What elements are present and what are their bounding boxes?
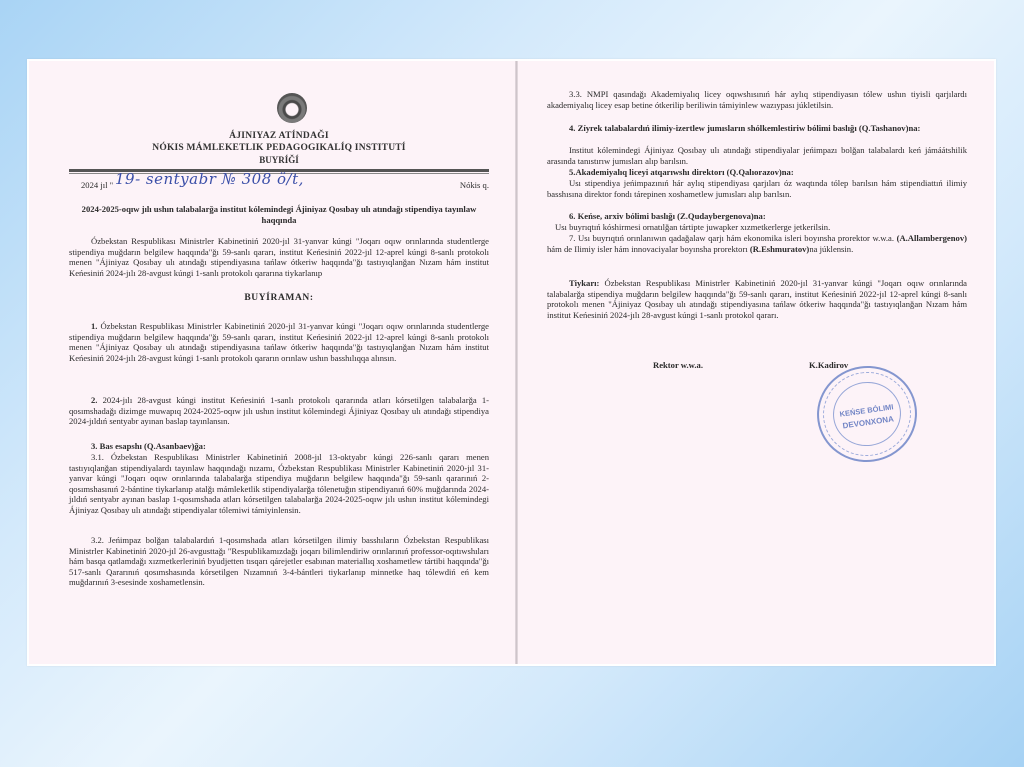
state-emblem-icon <box>277 93 307 123</box>
official-stamp: KEŃSE BÓLIMI DEVONXONA <box>811 360 923 469</box>
order-item-6-heading: 6. Keńse, arxiv bólimi baslığı (Z.Qudayb… <box>547 211 967 222</box>
order-item-3-1: 3.1. Ózbekstan Respublikası Ministrler K… <box>69 452 489 516</box>
signer-title: Rektor w.w.a. <box>653 360 703 371</box>
basis-paragraph: Tiykarı: Ózbekstan Respublikası Ministrl… <box>547 278 967 320</box>
order-title: 2024-2025-oqıw jılı ushın talabalarğa in… <box>79 204 479 225</box>
header-order-label: BUYRÍĞÍ <box>69 155 489 166</box>
order-item-6: Usı buyrıqtıń kóshirmesi ornatılğan tárt… <box>547 222 967 233</box>
order-item-1: 1. Ózbekstan Respublikası Ministrler Kab… <box>69 321 489 363</box>
order-item-5: Usı stipendiya jeńimpazınıń hár aylıq st… <box>547 178 967 199</box>
page-fold-divider <box>515 61 518 664</box>
document-sheet: ÁJINIYAZ ATÍNDAĞI NÓKIS MÁMLEKETLIK PEDA… <box>27 59 996 666</box>
date-row: 2024 jıl " 19- sentyabr № 308 ö/t, Nókis… <box>81 176 489 192</box>
order-item-4-heading: 4. Zíyrek talabalardıń ilimiy-izertlew j… <box>547 123 967 134</box>
place-label: Nókis q. <box>460 180 489 191</box>
basis-label: Tiykarı: <box>569 278 599 288</box>
item-text: 2024-jılı 28-avgust kúngi institut Keńes… <box>69 395 489 426</box>
responsible-person-2: (R.Eshmuratov) <box>750 244 809 254</box>
header-institute-line2: NÓKIS MÁMLEKETLIK PEDAGOGIKALÍQ INSTITUT… <box>69 143 489 154</box>
preamble-paragraph: Ózbekstan Respublikası Ministrler Kabine… <box>69 236 489 278</box>
order-item-5-heading: 5.Akademiyalıq liceyi atqarıwshı direkto… <box>547 167 967 178</box>
handwritten-date-number: 19- sentyabr № 308 ö/t, <box>115 174 304 185</box>
item-7-text-end: na júklensin. <box>809 244 853 254</box>
order-item-3-3: 3.3. NMPI qasındağı Akademiyalıq licey o… <box>547 89 967 110</box>
order-item-2: 2. 2024-jılı 28-avgust kúngi institut Ke… <box>69 395 489 427</box>
header-institute-line1: ÁJINIYAZ ATÍNDAĞI <box>69 131 489 142</box>
responsible-person-1: (A.Allambergenov) <box>897 233 967 243</box>
date-year: 2024 jıl " <box>81 180 113 191</box>
order-item-4: Institut kólemindegi Ájiniyaz Qosıbay ul… <box>547 145 967 166</box>
basis-text: Ózbekstan Respublikası Ministrler Kabine… <box>547 278 967 320</box>
item-7-text-mid: hám de Ilimiy isler hám innovaciyalar bo… <box>547 244 750 254</box>
order-item-7: 7. Usı buyrıqtıń orınlanıwın qadağalaw q… <box>547 233 967 254</box>
order-item-3-2: 3.2. Jeńimpaz bolğan talabalardıń 1-qosı… <box>69 535 489 588</box>
item-number: 1. <box>91 321 97 331</box>
order-heading: BUYÍRAMAN: <box>69 293 489 304</box>
item-number: 2. <box>91 395 97 405</box>
item-text: Ózbekstan Respublikası Ministrler Kabine… <box>69 321 489 363</box>
item-7-text-start: 7. Usı buyrıqtıń orınlanıwın qadağalaw q… <box>569 233 897 243</box>
signer-name: K.Kadirov <box>809 360 848 371</box>
order-item-3-heading: 3. Bas esapshı (Q.Asanbaev)ğa: <box>69 441 489 452</box>
